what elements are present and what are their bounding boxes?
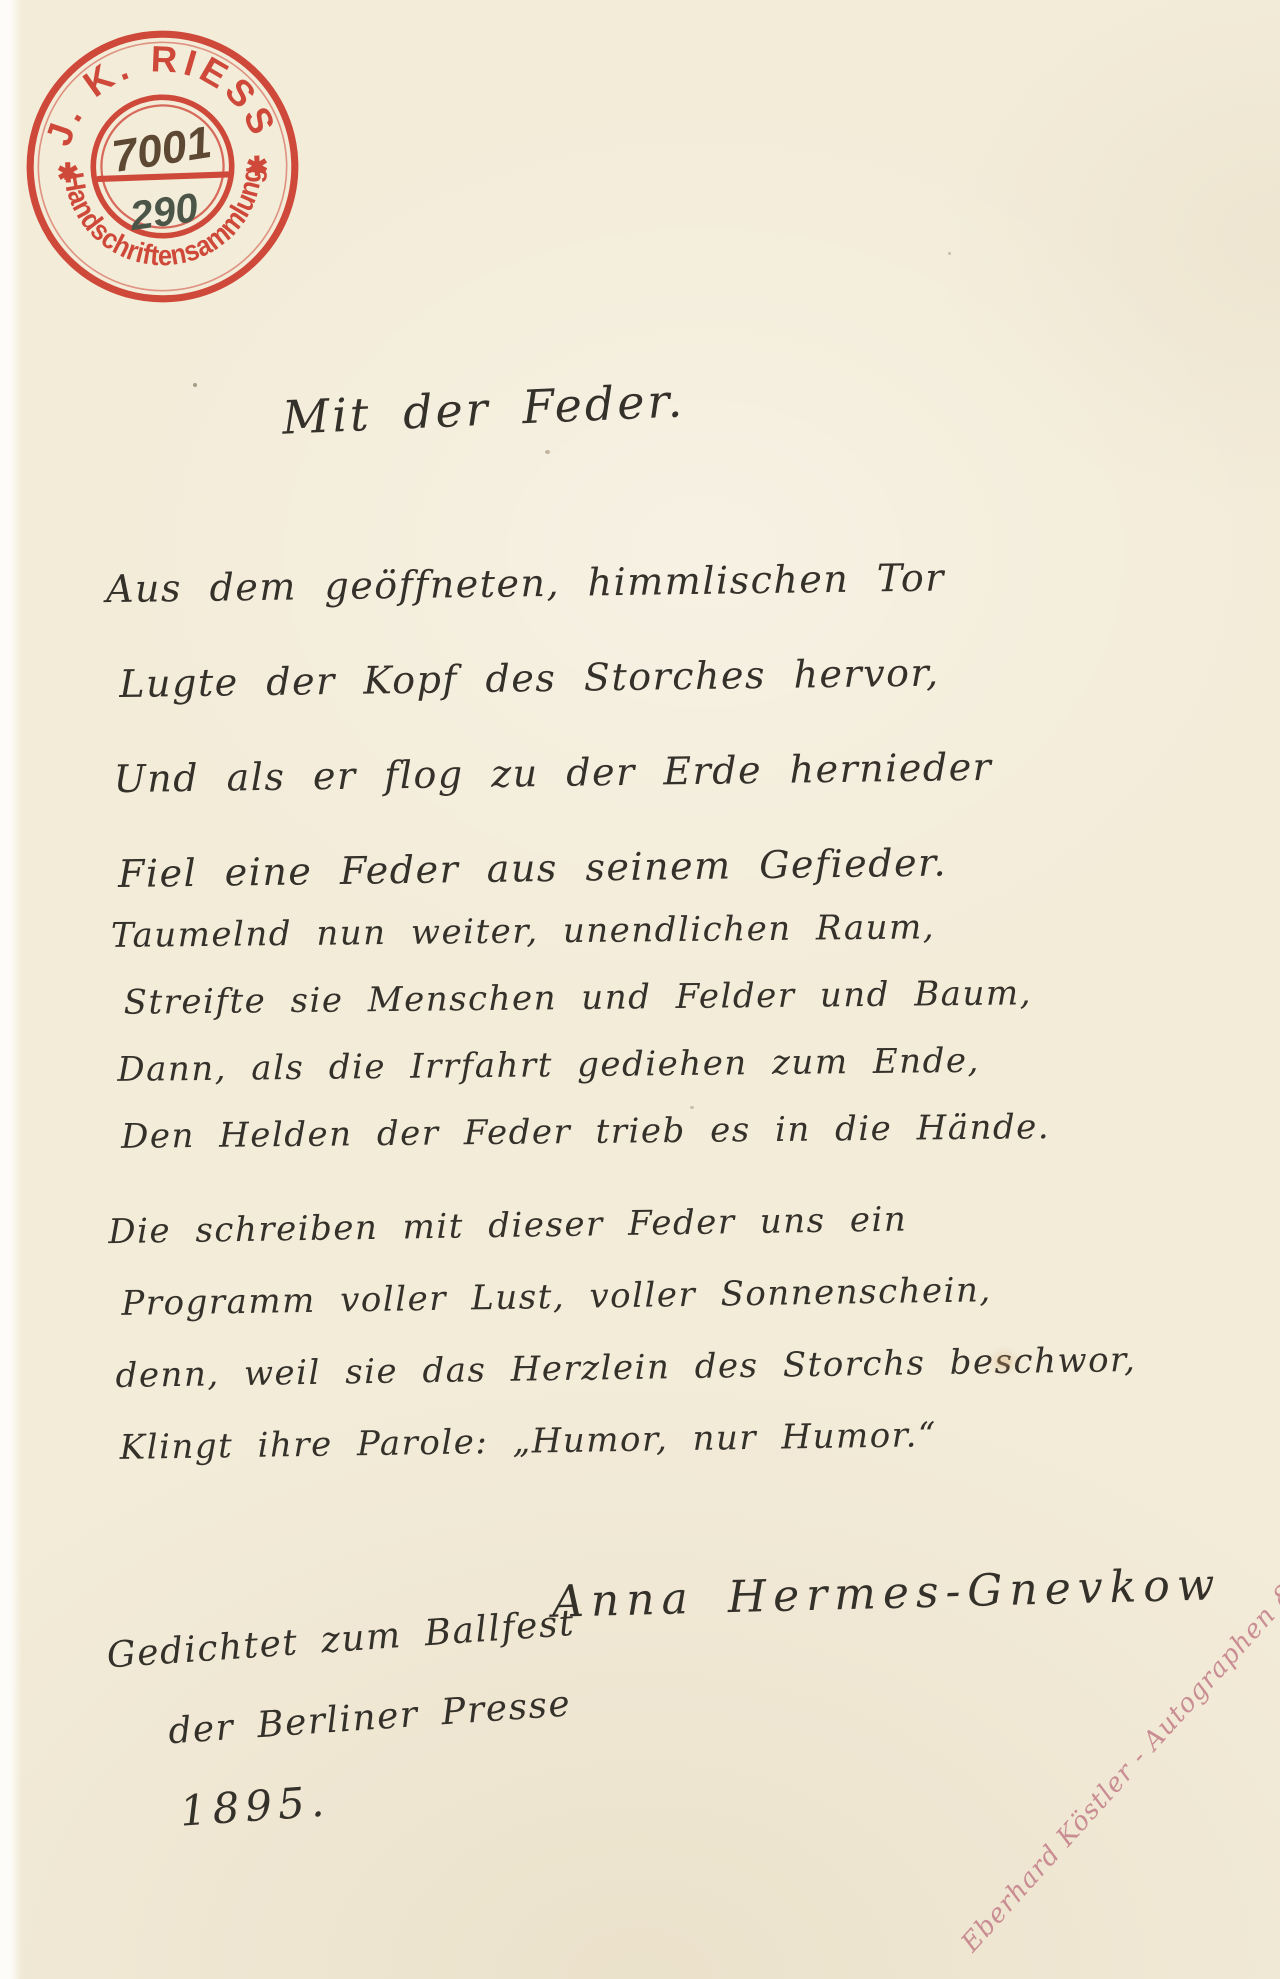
poem-line: Taumelnd nun weiter, unendlichen Raum, (111, 893, 1049, 970)
poem-stanza-2: Taumelnd nun weiter, unendlichen Raum, S… (111, 893, 1051, 1171)
poem-line: Streifte sie Menschen und Felder und Bau… (111, 960, 1049, 1037)
manuscript-page: { "stamp": { "owner": "J. K. RIESS", "co… (0, 0, 1280, 1979)
dedication-block: Gedichtet zum Ballfest der Berliner Pres… (104, 1584, 589, 1856)
poem-line: Den Helden der Feder trieb es in die Hän… (113, 1094, 1051, 1171)
poem-line: Aus dem geöffneten, himmlischen Tor (105, 530, 990, 637)
author-signature: Anna Hermes-Gnevkow (551, 1559, 1222, 1628)
stamp-asterisk-left-icon: ✱ (56, 158, 79, 189)
stamp-asterisk-right-icon: ✱ (246, 151, 269, 182)
paper-fox-spot (996, 1356, 1012, 1367)
paper-speck (545, 450, 550, 454)
stamp-shelfmark-top: 7001 (109, 117, 215, 182)
poem-stanza-3: Die schreiben mit dieser Feder uns ein P… (108, 1180, 1138, 1484)
poem-line: Und als er flog zu der Erde hernieder (108, 720, 993, 827)
paper-speck (193, 383, 197, 387)
poem-title: Mit der Feder. (281, 373, 686, 445)
paper-speck (948, 252, 951, 255)
collection-stamp: J. K. RIESS Handschriftensammlung ✱ ✱ 70… (15, 19, 310, 314)
poem-line: Dann, als die Irrfahrt gediehen zum Ende… (112, 1027, 1050, 1104)
poem-stanza-1: Aus dem geöffneten, himmlischen Tor Lugt… (105, 530, 994, 922)
paper-speck (690, 1106, 694, 1109)
poem-line: Lugte der Kopf des Storches hervor, (107, 625, 992, 732)
poem-line: Klingt ihre Parole: „Humor, nur Humor.“ (111, 1396, 1138, 1484)
stamp-shelfmark-bottom: 290 (126, 184, 201, 239)
